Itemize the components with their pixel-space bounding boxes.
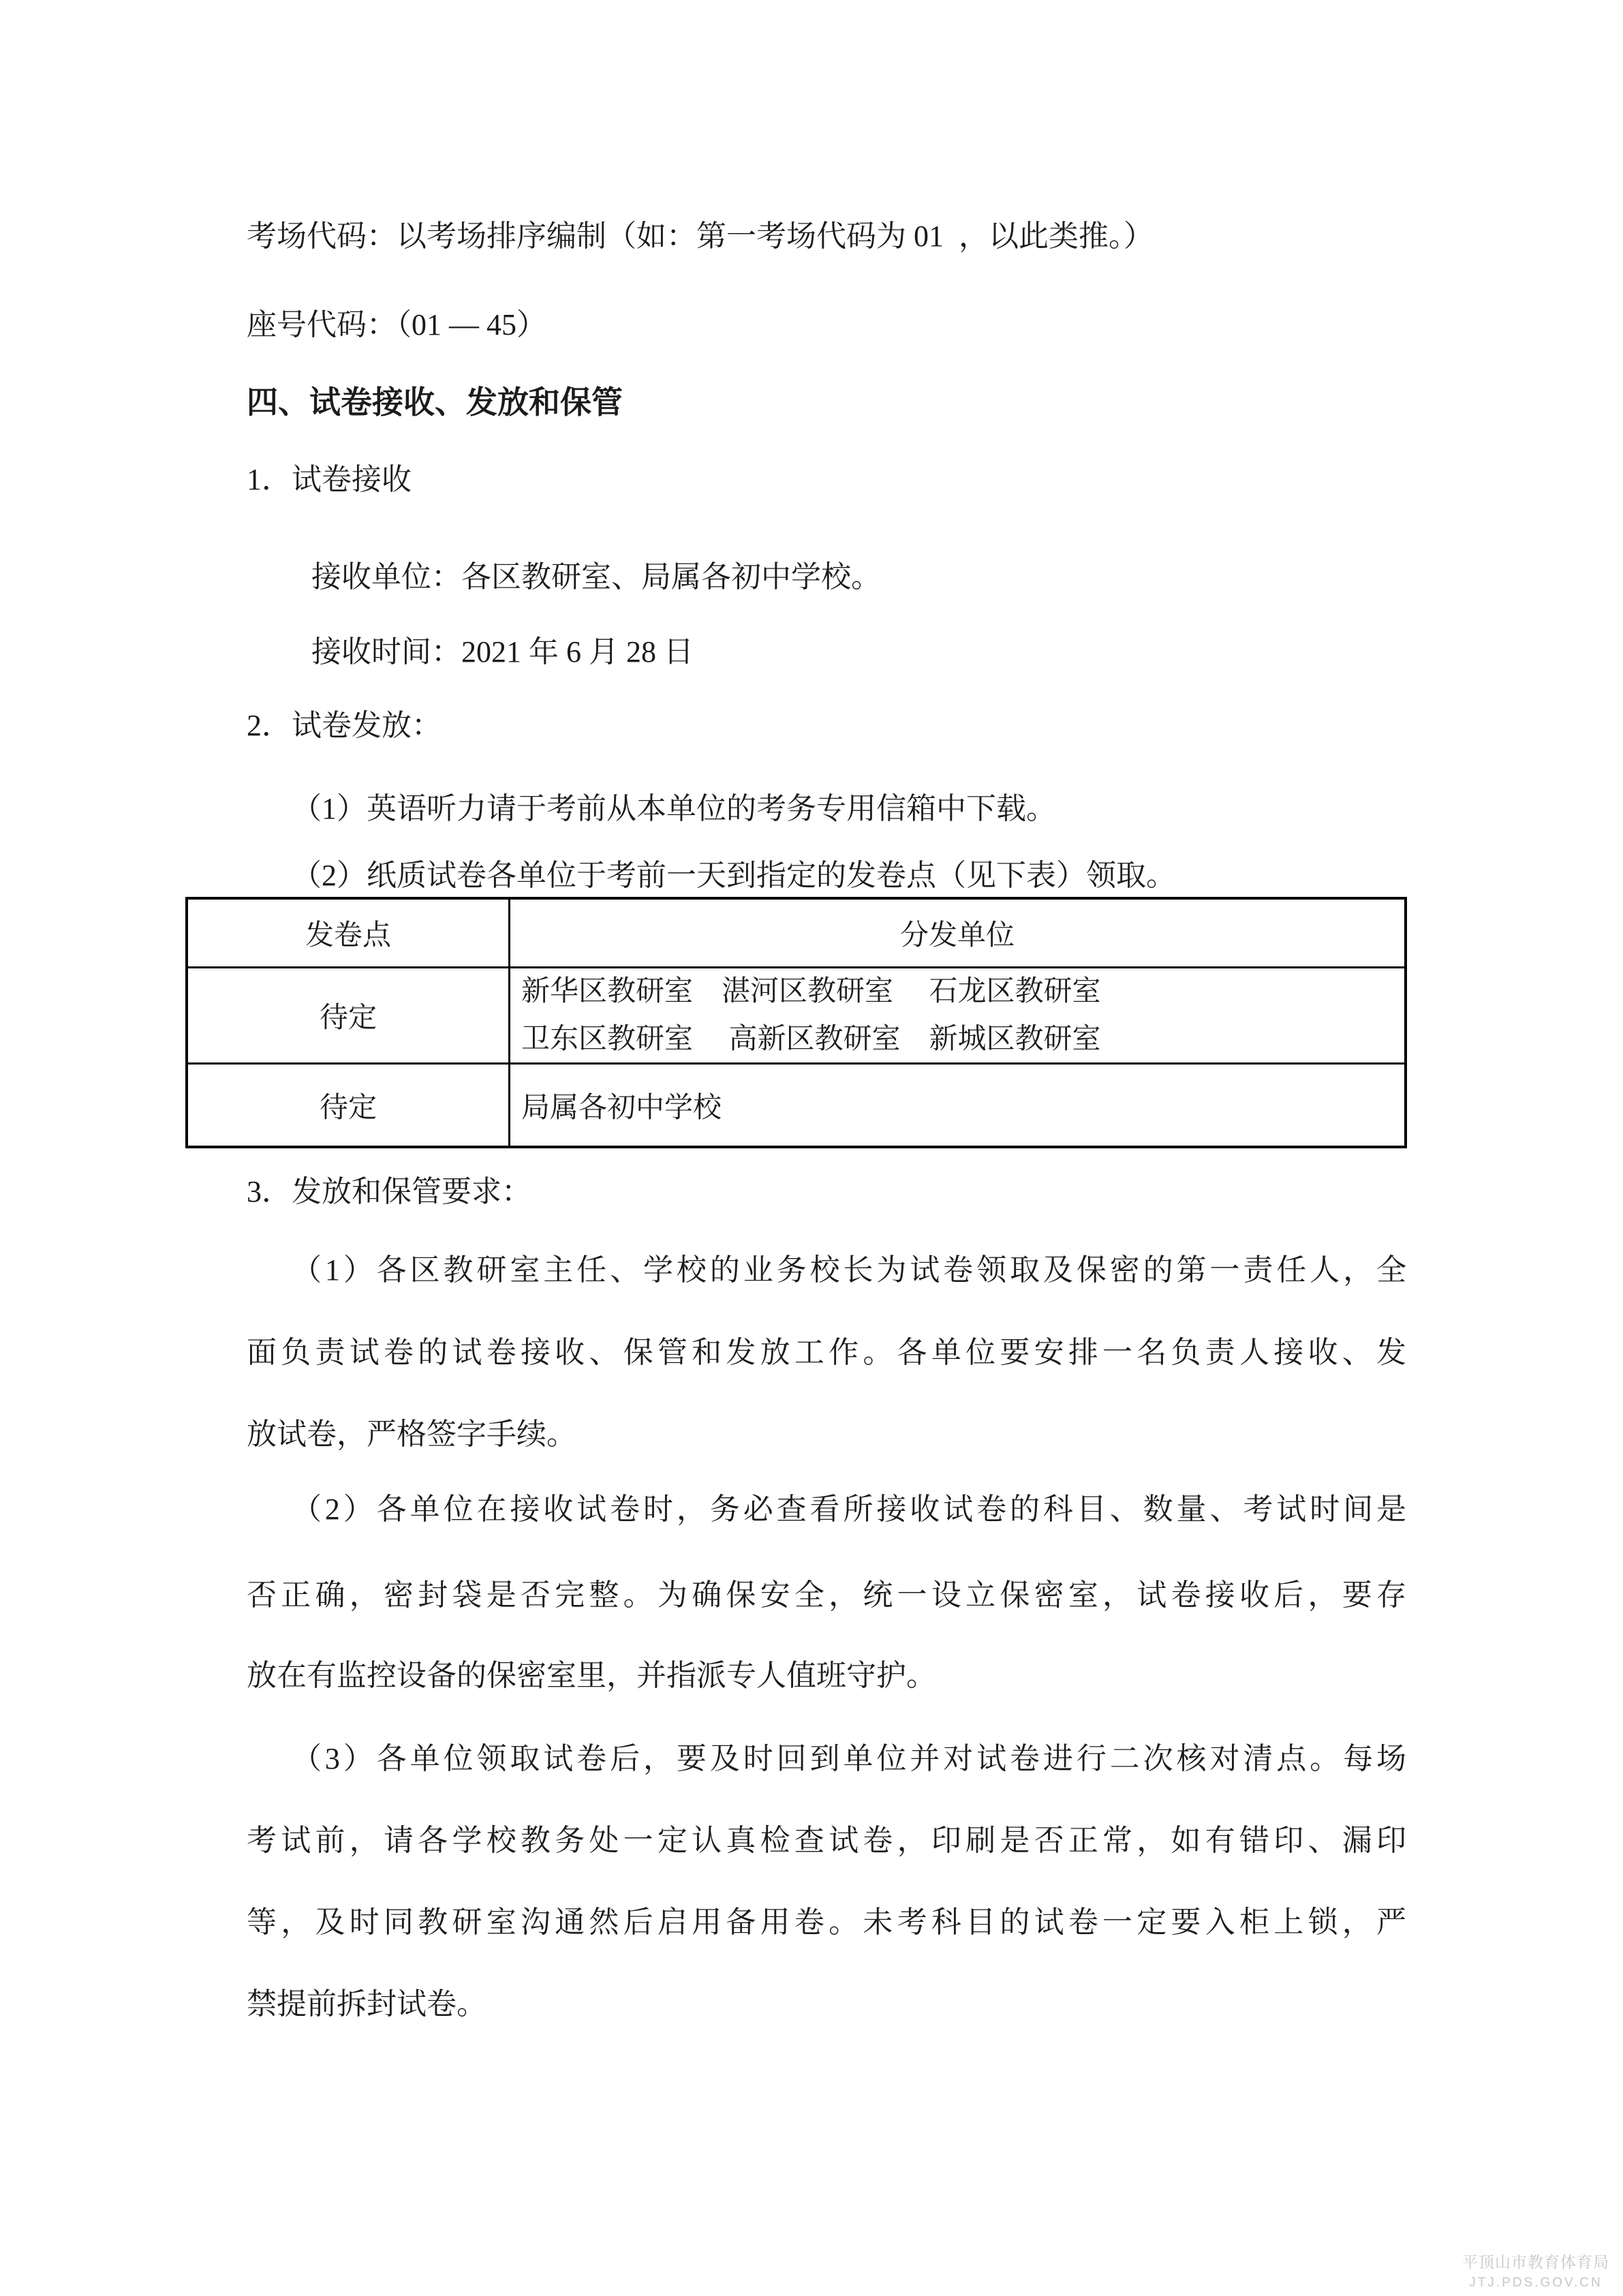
para2-line3: 放在有监控设备的保密室里，并指派专人值班守护。 <box>247 1656 1406 1696</box>
para2-line2: 否正确，密封袋是否完整。为确保安全，统一设立保密室，试卷接收后，要存 <box>247 1576 1406 1615</box>
watermark: 平顶山市教育体育局 JTJ.PDS.GOV.CN <box>1457 2250 1615 2291</box>
table-row2-units: 局属各初中学校 <box>521 1085 722 1126</box>
watermark-site-url: JTJ.PDS.GOV.CN <box>1457 2276 1615 2291</box>
table-row1-units: 新华区教研室 湛河区教研室 石龙区教研室 卫东区教研室 高新区教研室 新城区教研… <box>521 968 1101 1063</box>
watermark-org-name: 平顶山市教育体育局 <box>1457 2250 1615 2272</box>
para2-line1: （2）各单位在接收试卷时，务必查看所接收试卷的科目、数量、考试时间是 <box>247 1490 1406 1529</box>
distribution-table: 发卷点 分发单位 待定 新华区教研室 湛河区教研室 石龙区教研室 卫东区教研室 … <box>185 897 1407 1148</box>
item3-title: 3．发放和保管要求： <box>247 1172 1406 1212</box>
table-header-point: 发卷点 <box>188 900 510 968</box>
document-page: 考场代码：以考场排序编制（如：第一考场代码为 01 ，以此类推。） 座号代码：（… <box>0 0 1623 2296</box>
para1-line2: 面负责试卷的试卷接收、保管和发放工作。各单位要安排一名负责人接收、发 <box>247 1333 1406 1373</box>
para3-line1: （3）各单位领取试卷后，要及时回到单位并对试卷进行二次核对清点。每场 <box>247 1739 1406 1779</box>
table-row1-point: 待定 <box>320 995 377 1036</box>
item1-receive-unit: 接收单位：各区教研室、局属各初中学校。 <box>311 557 1406 597</box>
table-header-point-label: 发卷点 <box>305 913 391 953</box>
table-header-units-label: 分发单位 <box>900 913 1015 953</box>
table-row1-units-cell: 新华区教研室 湛河区教研室 石龙区教研室 卫东区教研室 高新区教研室 新城区教研… <box>510 968 1404 1065</box>
table-header-units: 分发单位 <box>510 900 1404 968</box>
para3-line4: 禁提前拆封试卷。 <box>247 1985 1406 2024</box>
section-heading: 四、试卷接收、发放和保管 <box>247 383 1406 423</box>
item2-title: 2．试卷发放： <box>247 706 1406 746</box>
table-row2-point-cell: 待定 <box>188 1065 510 1146</box>
line-exam-room-code: 考场代码：以考场排序编制（如：第一考场代码为 01 ，以此类推。） <box>247 217 1406 256</box>
table-row2-units-cell: 局属各初中学校 <box>510 1065 1404 1146</box>
item1-title: 1．试卷接收 <box>247 460 1406 500</box>
para3-line2: 考试前，请各学校教务处一定认真检查试卷，印刷是否正常，如有错印、漏印 <box>247 1821 1406 1861</box>
line-seat-code: 座号代码：（01 — 45） <box>247 305 1406 345</box>
item2-sub2: （2）纸质试卷各单位于考前一天到指定的发卷点（见下表）领取。 <box>292 856 1406 896</box>
para1-line1: （1）各区教研室主任、学校的业务校长为试卷领取及保密的第一责任人，全 <box>247 1251 1406 1290</box>
table-row1-units-line2: 卫东区教研室 高新区教研室 新城区教研室 <box>521 1015 1101 1063</box>
table-row2-point: 待定 <box>320 1085 377 1126</box>
item2-sub1: （1）英语听力请于考前从本单位的考务专用信箱中下载。 <box>292 789 1406 829</box>
table-row1-point-cell: 待定 <box>188 968 510 1065</box>
para1-line3: 放试卷，严格签字手续。 <box>247 1415 1406 1454</box>
table-row1-units-line1: 新华区教研室 湛河区教研室 石龙区教研室 <box>521 968 1101 1015</box>
item1-receive-time: 接收时间：2021 年 6 月 28 日 <box>311 632 1406 672</box>
para3-line3: 等，及时同教研室沟通然后启用备用卷。未考科目的试卷一定要入柜上锁，严 <box>247 1903 1406 1942</box>
